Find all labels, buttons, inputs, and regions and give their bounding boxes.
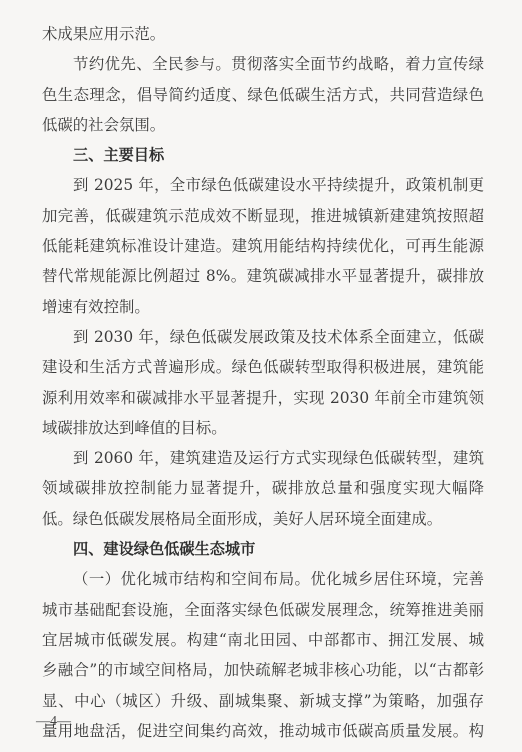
- paragraph-line: 替代常规能源比例超过 8%。建筑碳减排水平显著提升，碳排放: [42, 261, 484, 291]
- paragraph-line: （一）优化城市结构和空间布局。优化城乡居住环境，完善: [42, 564, 484, 594]
- paragraph-line: 低。绿色低碳发展格局全面形成，美好人居环境全面建成。: [42, 504, 484, 534]
- paragraph-line: 节约优先、全民参与。贯彻落实全面节约战略，着力宣传绿: [42, 49, 484, 79]
- paragraph-line: 到 2030 年，绿色低碳发展政策及技术体系全面建立，低碳: [42, 322, 484, 352]
- paragraph-line: 加完善，低碳建筑示范成效不断显现，推进城镇新建建筑按照超: [42, 201, 484, 231]
- paragraph-line: 领域碳排放控制能力显著提升，碳排放总量和强度实现大幅降: [42, 473, 484, 503]
- paragraph-line: 低碳的社会氛围。: [42, 110, 484, 140]
- section-heading: 三、主要目标: [42, 140, 484, 170]
- page-number: —4—: [36, 714, 71, 730]
- document-page: 术成果应用示范。 节约优先、全民参与。贯彻落实全面节约战略，着力宣传绿 色生态理…: [42, 19, 484, 746]
- paragraph-line: 低能耗建筑标准设计建造。建筑用能结构持续优化，可再生能源: [42, 231, 484, 261]
- section-heading: 四、建设绿色低碳生态城市: [42, 534, 484, 564]
- paragraph-line: 到 2060 年，建筑建造及运行方式实现绿色低碳转型，建筑: [42, 443, 484, 473]
- paragraph-line: 源利用效率和碳减排水平显著提升，实现 2030 年前全市建筑领: [42, 383, 484, 413]
- paragraph-line: 城市基础配套设施，全面落实绿色低碳发展理念，统筹推进美丽: [42, 595, 484, 625]
- paragraph-line: 建设和生活方式普遍形成。绿色低碳转型取得积极进展，建筑能: [42, 352, 484, 382]
- paragraph-line: 域碳排放达到峰值的目标。: [42, 413, 484, 443]
- paragraph-line: 乡融合”的市域空间格局，加快疏解老城非核心功能，以“古都彰: [42, 655, 484, 685]
- paragraph-line: 到 2025 年，全市绿色低碳建设水平持续提升，政策机制更: [42, 170, 484, 200]
- paragraph-line: 宜居城市低碳发展。构建“南北田园、中部都市、拥江发展、城: [42, 625, 484, 655]
- paragraph-line: 显、中心（城区）升级、副城集聚、新城支撑”为策略，加强存: [42, 686, 484, 716]
- paragraph-line: 色生态理念，倡导简约适度、绿色低碳生活方式，共同营造绿色: [42, 80, 484, 110]
- paragraph-line: 增速有效控制。: [42, 292, 484, 322]
- paragraph-line: 量用地盘活，促进空间集约高效，推动城市低碳高质量发展。构: [42, 716, 484, 746]
- paragraph-line: 术成果应用示范。: [42, 19, 484, 49]
